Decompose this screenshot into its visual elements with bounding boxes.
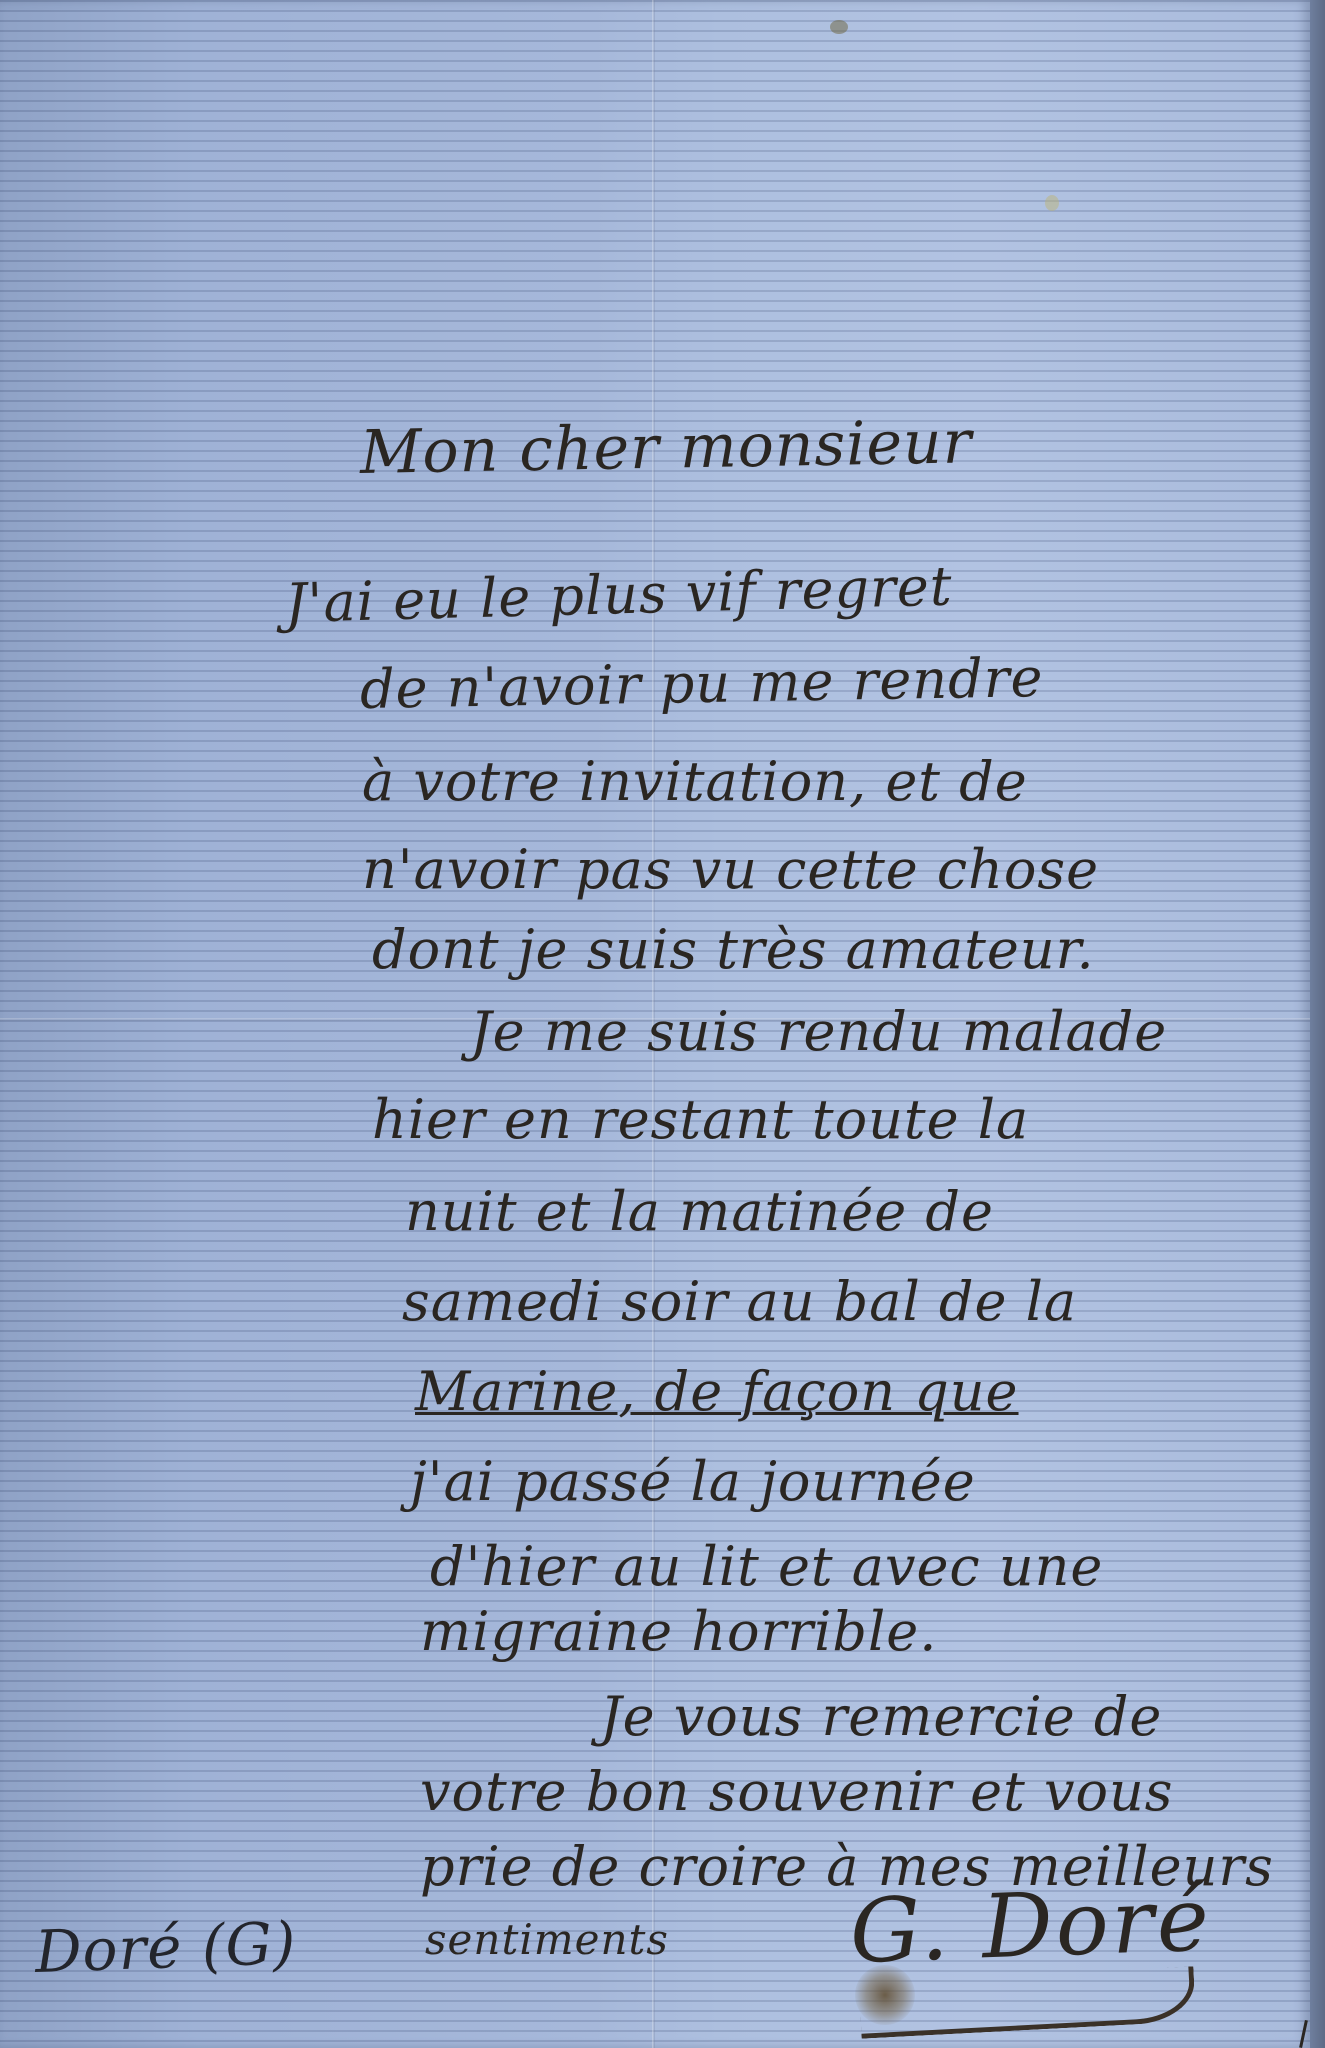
letter-line: Je me suis rendu malade <box>470 1000 1167 1063</box>
paper-stain <box>830 20 848 34</box>
letter-line: nuit et la matinée de <box>405 1180 994 1243</box>
letter-line: samedi soir au bal de la <box>402 1270 1077 1333</box>
letter-line: votre bon souvenir et vous <box>420 1760 1174 1823</box>
letter-line: n'avoir pas vu cette chose <box>362 838 1099 901</box>
letter-line: Marine, de façon que <box>415 1360 1019 1423</box>
letter-line: de n'avoir pu me rendre <box>359 646 1043 721</box>
letter-closing: sentiments <box>425 1915 669 1964</box>
paper-edge-shadow <box>1310 0 1325 2048</box>
paper-stain <box>1045 195 1059 211</box>
margin-annotation: Doré (G) <box>34 1909 298 1986</box>
letter-line: hier en restant toute la <box>372 1088 1029 1151</box>
letter-line: Je vous remercie de <box>600 1685 1162 1748</box>
letter-line: migraine horrible. <box>420 1600 937 1663</box>
letter-salutation: Mon cher monsieur <box>359 407 972 488</box>
letter-line: à votre invitation, et de <box>362 750 1028 813</box>
letter-line: d'hier au lit et avec une <box>430 1535 1103 1598</box>
letter-line: j'ai passé la journée <box>410 1450 976 1513</box>
signature: G. Doré <box>848 1867 1213 1983</box>
letter-line: dont je suis très amateur. <box>372 918 1095 981</box>
